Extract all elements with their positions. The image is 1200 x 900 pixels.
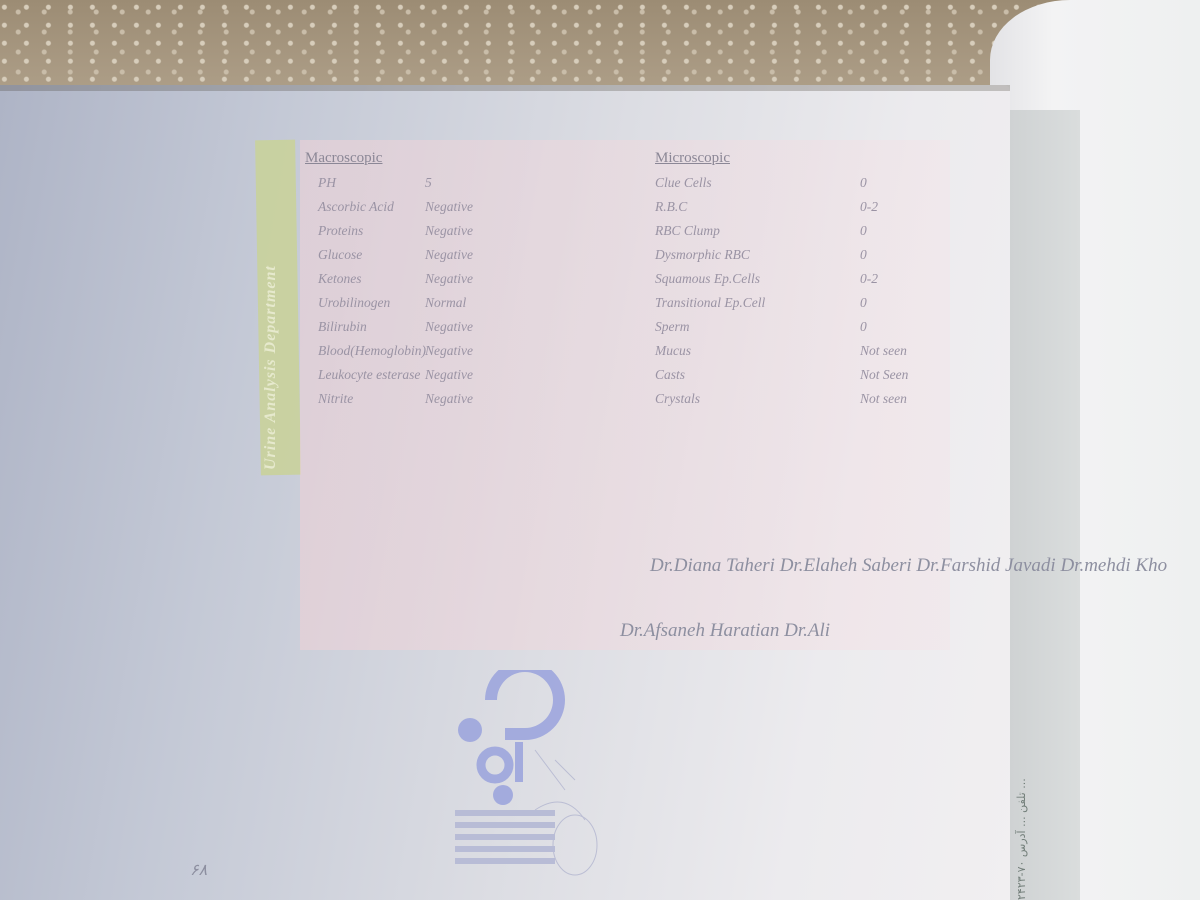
macroscopic-value: Negative	[425, 271, 473, 287]
macroscopic-label: Ascorbic Acid	[318, 199, 394, 215]
macroscopic-heading: Macroscopic	[305, 150, 382, 167]
microscopic-label: Casts	[655, 367, 685, 383]
microscopic-value: 0-2	[860, 199, 878, 215]
macroscopic-label: Glucose	[318, 247, 362, 263]
microscopic-value: 0-2	[860, 271, 878, 287]
macroscopic-label: PH	[318, 175, 336, 191]
macroscopic-label: Blood(Hemoglobin)	[318, 343, 426, 359]
microscopic-label: Mucus	[655, 343, 691, 359]
macroscopic-value: 5	[425, 175, 432, 191]
macroscopic-value: Negative	[425, 319, 473, 335]
macroscopic-value: Negative	[425, 367, 473, 383]
microscopic-value: Not seen	[860, 391, 907, 407]
macroscopic-value: Negative	[425, 391, 473, 407]
microscopic-label: R.B.C	[655, 199, 687, 215]
microscopic-label: Transitional Ep.Cell	[655, 295, 765, 311]
department-header: Urine Analysis Department	[262, 150, 292, 470]
microscopic-heading: Microscopic	[655, 150, 730, 167]
microscopic-label: Dysmorphic RBC	[655, 247, 750, 263]
macroscopic-value: Normal	[425, 295, 466, 311]
page-edge-shadow	[0, 85, 1010, 91]
microscopic-value: 0	[860, 247, 867, 263]
macroscopic-label: Urobilinogen	[318, 295, 390, 311]
persian-header-text: ۲۴۲۳-۷۰ تلفن ... آدرس ...	[1015, 520, 1075, 900]
macroscopic-label: Ketones	[318, 271, 362, 287]
microscopic-label: Clue Cells	[655, 175, 712, 191]
microscopic-value: Not Seen	[860, 367, 908, 383]
macroscopic-label: Proteins	[318, 223, 363, 239]
microscopic-label: Sperm	[655, 319, 690, 335]
doctors-line-1: Dr.Diana Taheri Dr.Elaheh Saberi Dr.Fars…	[650, 555, 1167, 577]
page-number: ۶۸	[190, 860, 207, 880]
microscopic-label: Crystals	[655, 391, 700, 407]
doctors-line-2: Dr.Afsaneh Haratian Dr.Ali	[620, 620, 830, 642]
macroscopic-label: Bilirubin	[318, 319, 367, 335]
microscopic-label: RBC Clump	[655, 223, 720, 239]
macroscopic-value: Negative	[425, 247, 473, 263]
microscopic-value: 0	[860, 223, 867, 239]
microscopic-value: 0	[860, 175, 867, 191]
lab-stamp	[440, 670, 620, 900]
microscopic-label: Squamous Ep.Cells	[655, 271, 760, 287]
microscopic-value: Not seen	[860, 343, 907, 359]
macroscopic-value: Negative	[425, 343, 473, 359]
microscopic-value: 0	[860, 319, 867, 335]
macroscopic-value: Negative	[425, 199, 473, 215]
lab-logo-icon	[458, 670, 565, 805]
stamp-text-block	[455, 810, 555, 864]
macroscopic-label: Nitrite	[318, 391, 353, 407]
macroscopic-value: Negative	[425, 223, 473, 239]
macroscopic-label: Leukocyte esterase	[318, 367, 420, 383]
microscopic-value: 0	[860, 295, 867, 311]
